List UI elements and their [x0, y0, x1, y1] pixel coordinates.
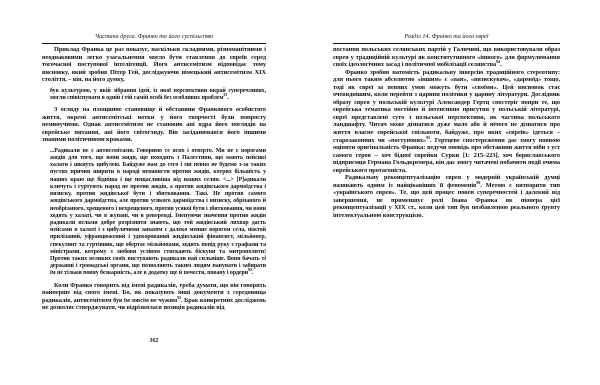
running-head-left: Частина друга. Франко та його суспільств…: [42, 33, 266, 41]
paragraph: постання польських селянських партій у Г…: [333, 46, 560, 69]
paragraph-text: постання польських селянських партій у Г…: [333, 46, 560, 68]
header-rule-right: [333, 43, 560, 44]
block-quote: ...Радикали не є антисемітами. Говоримо …: [50, 148, 266, 278]
quote-text: був культурою, у якій зібрання ідей, із …: [50, 88, 266, 101]
right-page: Розділ 14. Франко та його євреї постання…: [333, 0, 560, 385]
running-head-right: Розділ 14. Франко та його євреї: [333, 33, 560, 41]
block-quote: був культурою, у якій зібрання ідей, із …: [50, 88, 266, 102]
paragraph: Франко зробив натомість радикальну інвер…: [333, 69, 560, 175]
paragraph: Приклад Франка це раз показує, наскільки…: [42, 46, 266, 84]
footnote-ref[interactable]: 92: [248, 267, 252, 272]
quote-text: ...Радикали не є антисемітами. Говоримо …: [50, 148, 266, 276]
header-rule-left: [42, 43, 266, 44]
paragraph-text: Франко зробив натомість радикальну інвер…: [333, 69, 560, 144]
paragraph: Радикальну реконцептуалізацію єврея у мо…: [333, 174, 560, 219]
right-page-body: постання польських селянських партій у Г…: [333, 46, 560, 220]
paragraph-text-cont: .: [500, 61, 502, 68]
left-page: Частина друга. Франко та його суспільств…: [42, 0, 266, 385]
paragraph: З огляду на площинне становище й обстави…: [42, 106, 266, 144]
paragraph: Коли Франко говорить від імені радикалів…: [42, 282, 266, 312]
page-number: 362: [42, 338, 266, 344]
left-page-body: Приклад Франка це раз показує, наскільки…: [42, 46, 266, 312]
footnote-ref[interactable]: 91: [223, 92, 227, 97]
